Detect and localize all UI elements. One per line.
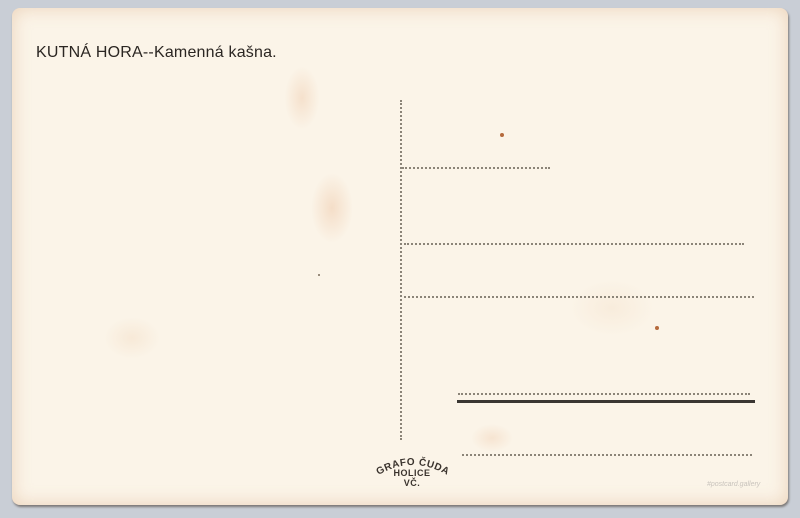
postcard-back: KUTNÁ HORA--Kamenná kašna. GRAFO ČUDA HO… [12,8,788,505]
watermark: #postcard.gallery [707,481,760,488]
address-line-1 [402,167,550,169]
printer-city: HOLICE [367,468,457,478]
address-line-4 [458,393,750,395]
address-line-3 [404,296,754,298]
address-line-5 [462,454,752,456]
printer-region: VČ. [367,478,457,488]
address-rule-solid [457,400,755,403]
foxing-spot [318,274,320,276]
printer-mark: GRAFO ČUDA HOLICE VČ. [367,448,457,498]
address-line-2 [404,243,744,245]
postcard-caption: KUTNÁ HORA--Kamenná kašna. [36,44,277,62]
foxing-spot [655,326,659,330]
foxing-spot [500,133,504,137]
divider-dotted-vertical [400,100,402,440]
